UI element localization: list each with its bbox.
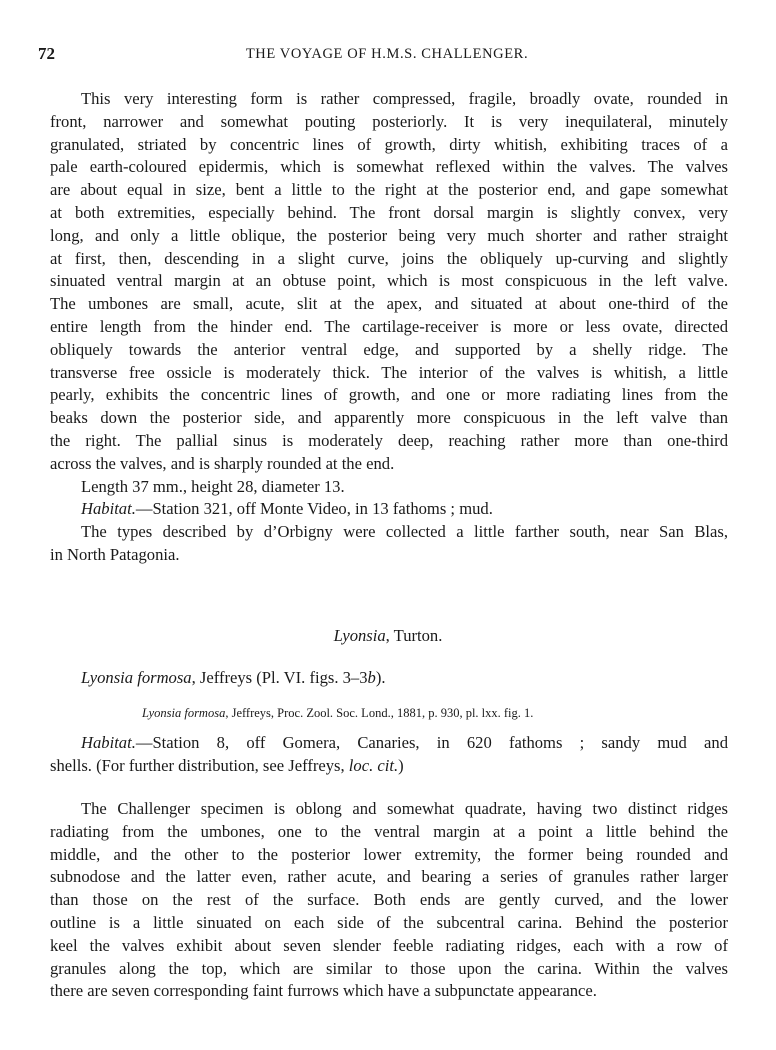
text-line: granulated, striated by concentric lines…	[50, 134, 728, 157]
species-author: , Jeffreys (Pl. VI. figs. 3–3	[192, 668, 368, 687]
page-header: 72 THE VOYAGE OF H.M.S. CHALLENGER.	[38, 44, 736, 68]
text-line: at both extremities, especially behind. …	[50, 202, 728, 225]
species-heading: Lyonsia formosa, Jeffreys (Pl. VI. figs.…	[81, 668, 386, 688]
loc-cit: loc. cit.	[349, 756, 398, 775]
habitat-label: Habitat.	[81, 499, 136, 518]
species-close: ).	[376, 668, 386, 687]
text-line: outline is a little sinuated on each sid…	[50, 912, 728, 935]
text-line: The Challenger specimen is oblong and so…	[50, 798, 728, 821]
text-line: entire length from the hinder end. The c…	[50, 316, 728, 339]
habitat-text: —Station 321, off Monte Video, in 13 fat…	[136, 499, 493, 518]
genus-name: Lyonsia	[334, 626, 386, 645]
description-paragraph-1: This very interesting form is rather com…	[50, 88, 728, 567]
synonym-reference: , Jeffreys, Proc. Zool. Soc. Lond., 1881…	[225, 706, 533, 720]
habitat-text: —Station 8, off Gomera, Canaries, in 620…	[136, 733, 728, 752]
text-line: Habitat.—Station 8, off Gomera, Canaries…	[50, 732, 728, 755]
text-line: at first, then, descending in a slight c…	[50, 248, 728, 271]
text-line: radiating from the umbones, one to the v…	[50, 821, 728, 844]
text-line: front, narrower and somewhat pouting pos…	[50, 111, 728, 134]
text-line: are about equal in size, bent a little t…	[50, 179, 728, 202]
species-name: Lyonsia formosa	[81, 668, 192, 687]
text-line: the right. The pallial sinus is moderate…	[50, 430, 728, 453]
habitat-label: Habitat.	[81, 733, 136, 752]
text-line: This very interesting form is rather com…	[50, 88, 728, 111]
text-line: pale earth-coloured epidermis, which is …	[50, 156, 728, 179]
text-line: granules along the top, which are simila…	[50, 958, 728, 981]
habitat-text: shells. (For further distribution, see J…	[50, 756, 349, 775]
text-line: beaks down the posterior side, and appar…	[50, 407, 728, 430]
text-line: transverse free ossicle is moderately th…	[50, 362, 728, 385]
text-line: middle, and the other to the posterior l…	[50, 844, 728, 867]
text-line: keel the valves exhibit about seven slen…	[50, 935, 728, 958]
text-line: there are seven corresponding faint furr…	[50, 980, 728, 1003]
synonymy-citation: Lyonsia formosa, Jeffreys, Proc. Zool. S…	[142, 706, 533, 721]
figure-suffix: b	[368, 668, 376, 687]
text-line: long, and only a little oblique, the pos…	[50, 225, 728, 248]
text-line: than those on the rest of the surface. B…	[50, 889, 728, 912]
text-line: sinuated ventral margin at an obtuse poi…	[50, 270, 728, 293]
text-line: subnodose and the latter even, rather ac…	[50, 866, 728, 889]
genus-heading: Lyonsia, Turton.	[0, 626, 776, 646]
habitat-2: Habitat.—Station 8, off Gomera, Canaries…	[50, 732, 728, 778]
running-title: THE VOYAGE OF H.M.S. CHALLENGER.	[38, 46, 736, 63]
text-line: pearly, exhibits the concentric lines of…	[50, 384, 728, 407]
measurements: Length 37 mm., height 28, diameter 13.	[50, 476, 728, 499]
text-line: shells. (For further distribution, see J…	[50, 755, 728, 778]
text-line: obliquely towards the anterior ventral e…	[50, 339, 728, 362]
text-line: The umbones are small, acute, slit at th…	[50, 293, 728, 316]
synonym-name: Lyonsia formosa	[142, 706, 225, 720]
genus-author: , Turton.	[386, 626, 443, 645]
habitat-text: )	[398, 756, 404, 775]
text-line: The types described by d’Orbigny were co…	[50, 521, 728, 544]
text-line: across the valves, and is sharply rounde…	[50, 453, 728, 476]
description-paragraph-2: The Challenger specimen is oblong and so…	[50, 798, 728, 1003]
habitat-1: Habitat.—Station 321, off Monte Video, i…	[50, 498, 728, 521]
text-line: in North Patagonia.	[50, 544, 728, 567]
